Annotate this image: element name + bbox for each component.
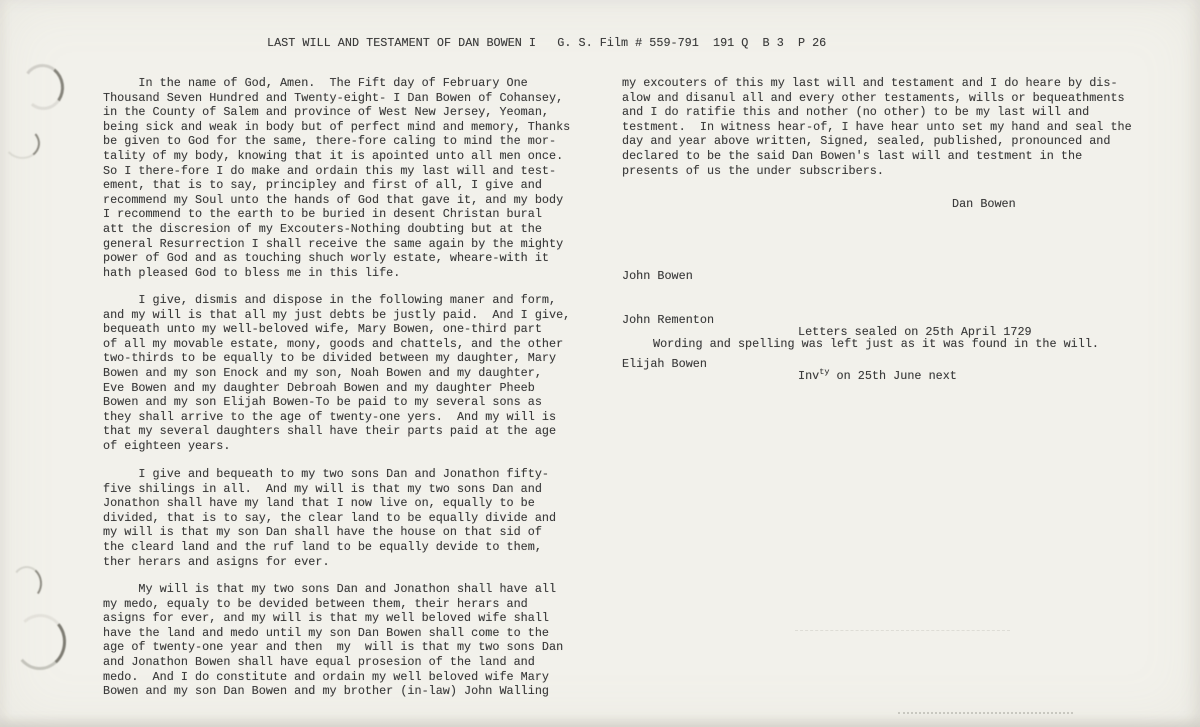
will-paragraph-bequests: I give, dismis and dispose in the follow… <box>103 293 570 454</box>
probate-record: Letters sealed on 25th April 1729 Invty … <box>798 296 1032 413</box>
punch-hole-shadow-top-2 <box>2 125 41 161</box>
will-paragraph-meadow-executors: My will is that my two sons Dan and Jona… <box>103 582 563 699</box>
transcriber-note: Wording and spelling was left just as it… <box>653 337 1099 352</box>
witness-list: John Bowen John Rementon Elijah Bowen <box>622 240 714 401</box>
scanned-will-document: LAST WILL AND TESTAMENT OF DAN BOWEN I G… <box>0 0 1200 727</box>
punch-hole-shadow-top-1 <box>19 61 67 112</box>
punch-hole-shadow-bottom-2 <box>12 612 68 671</box>
inventory-superscript: ty <box>819 367 829 377</box>
document-title: LAST WILL AND TESTAMENT OF DAN BOWEN I G… <box>267 36 826 51</box>
scan-artifact-line <box>795 630 1010 631</box>
inventory-line: Invty on 25th June next <box>798 369 1032 384</box>
will-paragraph-sons-land: I give and bequeath to my two sons Dan a… <box>103 467 556 569</box>
testator-signature: Dan Bowen <box>952 197 1016 212</box>
inventory-rest: on 25th June next <box>829 369 956 383</box>
will-paragraph-closing: my excouters of this my last will and te… <box>622 76 1132 178</box>
witness-name: Elijah Bowen <box>622 357 714 372</box>
inventory-prefix: Inv <box>798 369 819 383</box>
punch-hole-shadow-bottom-1 <box>10 565 43 602</box>
will-paragraph-preamble: In the name of God, Amen. The Fift day o… <box>103 76 570 280</box>
scan-edge-shadow <box>0 714 1200 727</box>
witness-name: John Bowen <box>622 269 714 284</box>
witness-name: John Rementon <box>622 313 714 328</box>
